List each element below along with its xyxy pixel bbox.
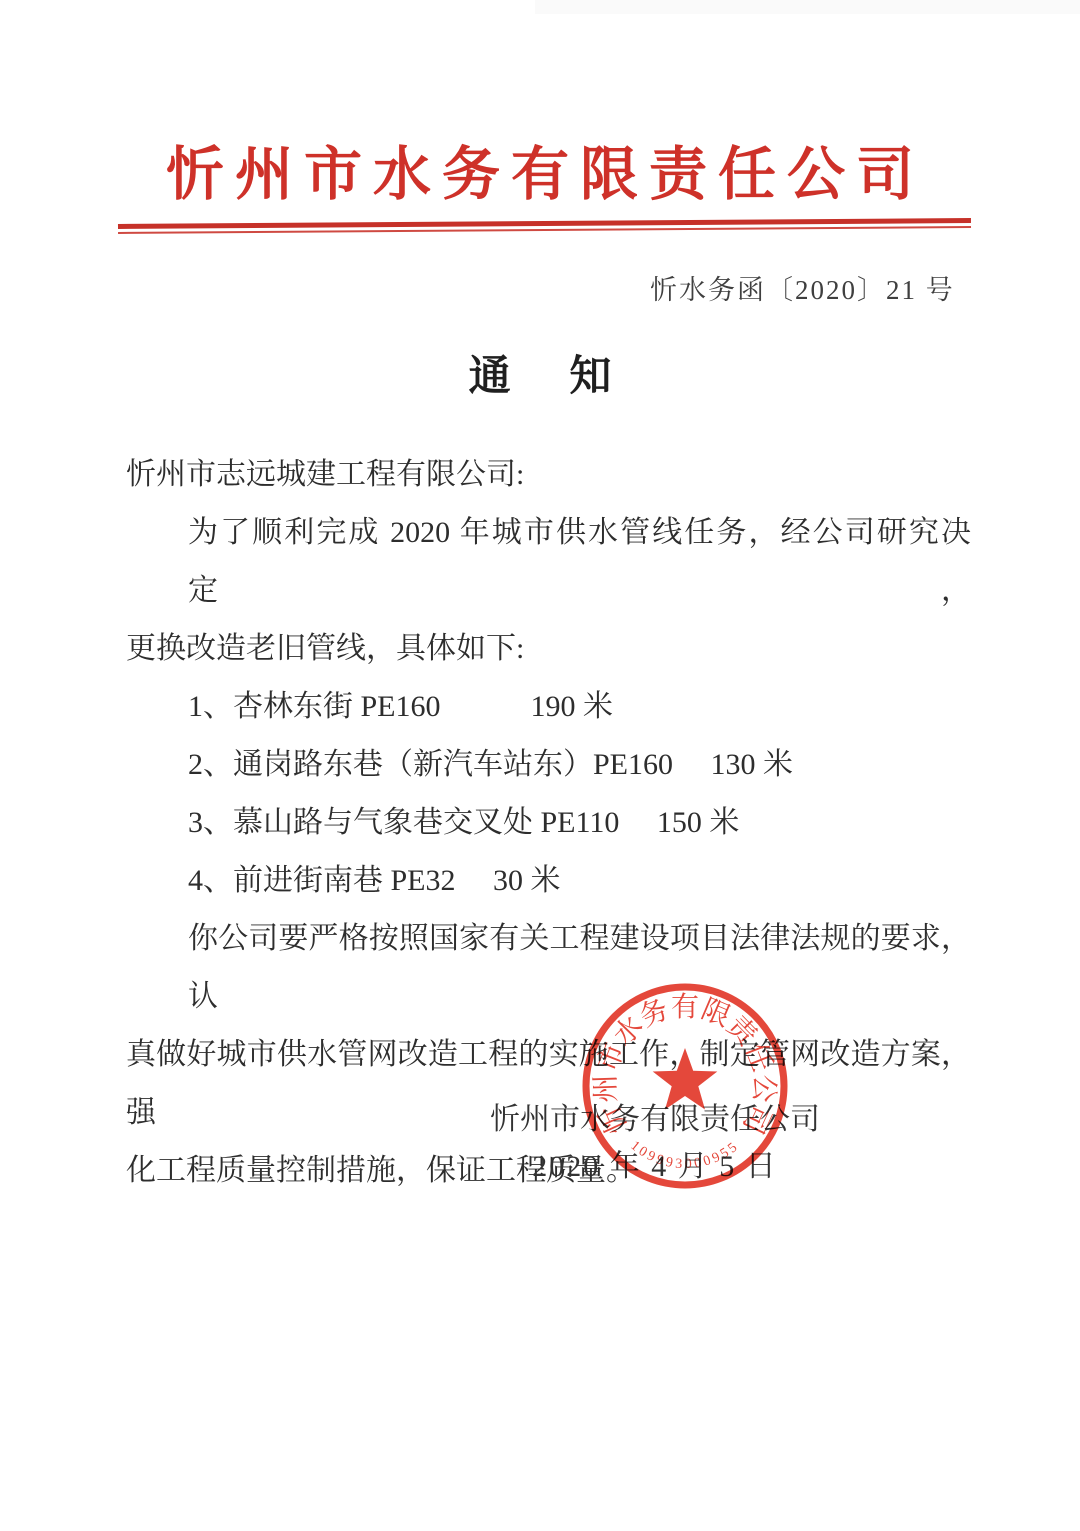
official-seal: 忻州市水务有限责任公司 109993000955: [570, 971, 800, 1201]
paragraph-line: 为了顺利完成 2020 年城市供水管线任务，经公司研究决定，: [126, 504, 971, 620]
star-icon: [653, 1048, 718, 1110]
letterhead-divider: [118, 218, 971, 234]
paragraph-line: 更换改造老旧管线，具体如下:: [126, 620, 971, 678]
letterhead-company-title: 忻州市水务有限责任公司: [0, 146, 1080, 204]
seal-serial-holder: 109993000955: [627, 1138, 742, 1172]
list-item-2: 2、通岗路东巷（新汽车站东）PE160 130 米: [126, 736, 971, 794]
addressee-line: 忻州市志远城建工程有限公司:: [126, 446, 971, 504]
document-number: 忻水务函〔2020〕21 号: [650, 268, 955, 307]
list-item-4: 4、前进街南巷 PE32 30 米: [126, 852, 971, 910]
scan-artifact: [535, 0, 1080, 14]
seal-serial-number: 109993000955: [627, 1138, 742, 1172]
paragraph-line: 你公司要严格按照国家有关工程建设项目法律法规的要求，认: [126, 910, 971, 1026]
letter-body: 忻州市志远城建工程有限公司: 为了顺利完成 2020 年城市供水管线任务，经公司…: [126, 446, 971, 1200]
notice-title: 通 知: [0, 356, 1080, 398]
list-item-3: 3、慕山路与气象巷交叉处 PE110 150 米: [126, 794, 971, 852]
list-item-1: 1、杏林东街 PE160 190 米: [126, 678, 971, 736]
document-page: 忻州市水务有限责任公司 忻水务函〔2020〕21 号 通 知 忻州市志远城建工程…: [0, 0, 1080, 1531]
